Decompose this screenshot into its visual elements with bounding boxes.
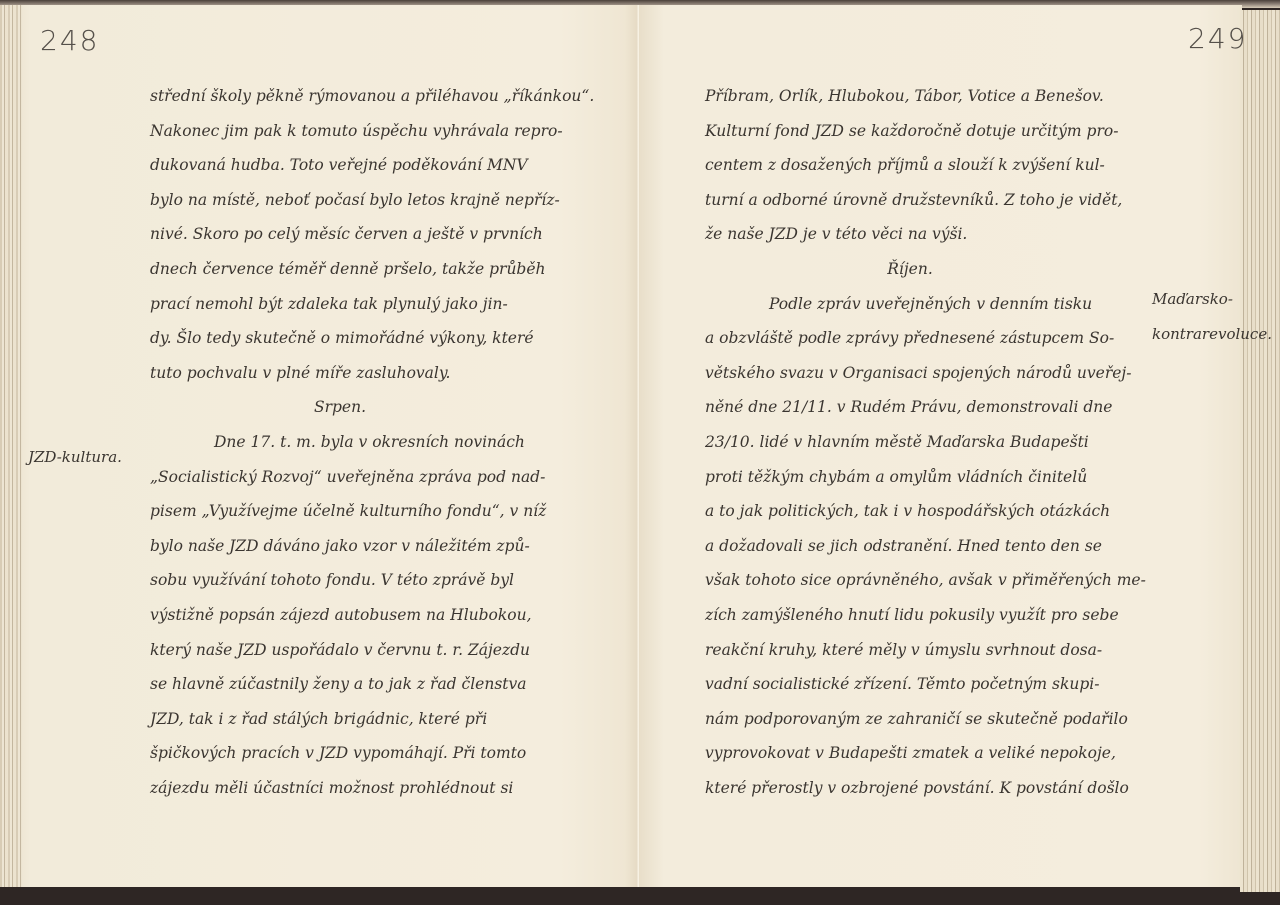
text-line: Nakonec jim pak k tomuto úspěchu vyhráva… xyxy=(150,114,590,149)
section-heading-srpen: Srpen. xyxy=(150,390,590,425)
text-line: proti těžkým chybám a omylům vládních či… xyxy=(705,460,1145,495)
right-margin-note: Maďarsko- kontrarevoluce. xyxy=(1152,282,1272,351)
section-heading-rijen: Říjen. xyxy=(705,252,1145,287)
text-line: který naše JZD uspořádalo v červnu t. r.… xyxy=(150,633,590,668)
text-line: pisem „Využívejme účelně kulturního fond… xyxy=(150,494,590,529)
text-line: dy. Šlo tedy skutečně o mimořádné výkony… xyxy=(150,321,590,356)
text-line: výstižně popsán zájezd autobusem na Hlub… xyxy=(150,598,590,633)
text-line: JZD, tak i z řad stálých brigádnic, kter… xyxy=(150,702,590,737)
text-line: bylo naše JZD dáváno jako vzor v náležit… xyxy=(150,529,590,564)
text-line: sobu využívání tohoto fondu. V této zprá… xyxy=(150,563,590,598)
text-line: špičkových pracích v JZD vypomáhají. Při… xyxy=(150,736,590,771)
text-line: nám podporovaným ze zahraničí se skutečn… xyxy=(705,702,1145,737)
text-line: střední školy pěkně rýmovanou a přiléhav… xyxy=(150,79,590,114)
right-page-number: 249 xyxy=(1188,22,1247,55)
text-line: dnech července téměř denně pršelo, takže… xyxy=(150,252,590,287)
margin-note-line: kontrarevoluce. xyxy=(1152,317,1272,352)
left-page-number: 248 xyxy=(40,24,99,57)
left-margin-note: JZD-kultura. xyxy=(28,440,122,475)
text-line: vyprovokovat v Budapešti zmatek a veliké… xyxy=(705,736,1145,771)
margin-note-line: Maďarsko- xyxy=(1152,282,1272,317)
text-line: zích zamýšleného hnutí lidu pokusily vyu… xyxy=(705,598,1145,633)
text-line: Příbram, Orlík, Hlubokou, Tábor, Votice … xyxy=(705,79,1145,114)
right-page-text: Příbram, Orlík, Hlubokou, Tábor, Votice … xyxy=(705,79,1145,805)
text-line: že naše JZD je v této věci na výši. xyxy=(705,217,1145,252)
text-line: které přerostly v ozbrojené povstání. K … xyxy=(705,771,1145,806)
text-line: vadní socialistické zřízení. Těmto počet… xyxy=(705,667,1145,702)
left-page-text: střední školy pěkně rýmovanou a přiléhav… xyxy=(150,79,590,805)
text-line: a to jak politických, tak i v hospodářsk… xyxy=(705,494,1145,529)
text-line: větského svazu v Organisaci spojených ná… xyxy=(705,356,1145,391)
text-line: 23/10. lidé v hlavním městě Maďarska Bud… xyxy=(705,425,1145,460)
text-line: však tohoto sice oprávněného, avšak v př… xyxy=(705,563,1145,598)
text-line: „Socialistický Rozvoj“ uveřejněna zpráva… xyxy=(150,460,590,495)
text-line: něné dne 21/11. v Rudém Právu, demonstro… xyxy=(705,390,1145,425)
text-line: a dožadovali se jich odstranění. Hned te… xyxy=(705,529,1145,564)
text-line: Kulturní fond JZD se každoročně dotuje u… xyxy=(705,114,1145,149)
text-line: turní a odborné úrovně družstevníků. Z t… xyxy=(705,183,1145,218)
text-line: centem z dosažených příjmů a slouží k zv… xyxy=(705,148,1145,183)
text-line: a obzvláště podle zprávy přednesené zást… xyxy=(705,321,1145,356)
text-line: nivé. Skoro po celý měsíc červen a ještě… xyxy=(150,217,590,252)
text-line: Podle zpráv uveřejněných v denním tisku xyxy=(705,287,1145,322)
text-line: Dne 17. t. m. byla v okresních novinách xyxy=(150,425,590,460)
text-line: bylo na místě, neboť počasí bylo letos k… xyxy=(150,183,590,218)
text-line: tuto pochvalu v plné míře zasluhovaly. xyxy=(150,356,590,391)
text-line: dukovaná hudba. Toto veřejné poděkování … xyxy=(150,148,590,183)
left-page-stack-edge xyxy=(0,5,22,887)
text-line: se hlavně zúčastnily ženy a to jak z řad… xyxy=(150,667,590,702)
text-line: prací nemohl být zdaleka tak plynulý jak… xyxy=(150,287,590,322)
text-line: reakční kruhy, které měly v úmyslu svrhn… xyxy=(705,633,1145,668)
right-page-stack-edge xyxy=(1240,10,1280,892)
text-line: zájezdu měli účastníci možnost prohlédno… xyxy=(150,771,590,806)
